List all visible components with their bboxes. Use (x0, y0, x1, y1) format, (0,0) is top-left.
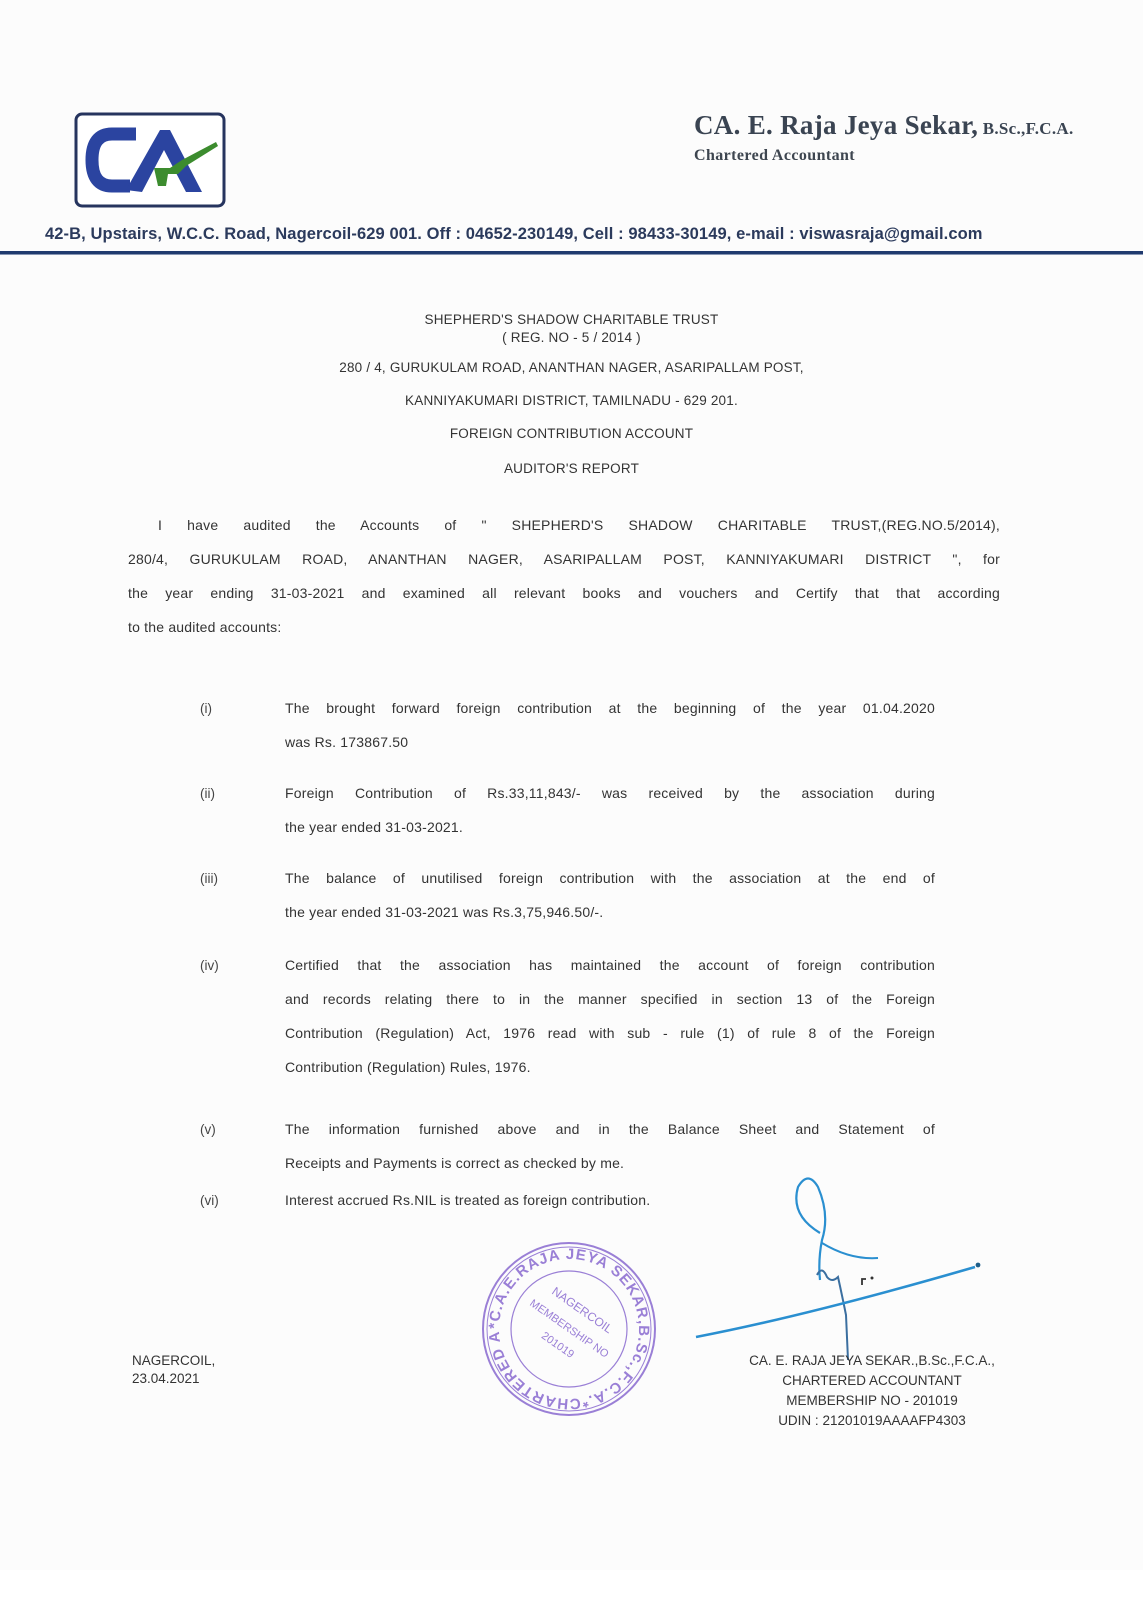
signatory-block: CA. E. RAJA JEYA SEKAR.,B.Sc.,F.C.A., CH… (732, 1351, 1012, 1431)
item-line: The balance of unutilised foreign contri… (285, 861, 935, 895)
contact-line: 42-B, Upstairs, W.C.C. Road, Nagercoil-6… (45, 225, 983, 244)
header-divider-thin (0, 254, 1143, 255)
accountant-name: CA. E. Raja Jeya Sekar, B.Sc.,F.C.A. (694, 110, 1074, 141)
intro-line: I have audited the Accounts of " SHEPHER… (128, 508, 1000, 542)
place: NAGERCOIL, (132, 1352, 215, 1370)
date: 23.04.2021 (132, 1370, 215, 1388)
item-number: (iv) (200, 958, 219, 973)
intro-line: to the audited accounts: (128, 610, 1000, 644)
accountant-title: Chartered Accountant (694, 147, 855, 165)
place-date: NAGERCOIL, 23.04.2021 (132, 1352, 215, 1388)
membership-number: MEMBERSHIP NO - 201019 (732, 1391, 1012, 1411)
item-number: (i) (200, 701, 212, 716)
item-text: Certified that the association has maint… (285, 948, 935, 1084)
ca-logo-icon (74, 112, 226, 208)
accountant-name-text: CA. E. Raja Jeya Sekar, (694, 110, 978, 140)
item-line: was Rs. 173867.50 (285, 725, 935, 759)
item-number: (iii) (200, 871, 218, 886)
item-number: (vi) (200, 1193, 219, 1208)
seal-stamp-icon: *C.A.E.RAJA JEYA SEKAR,B.Sc.,F.C.A.*CHAR… (478, 1238, 660, 1420)
item-line: Certified that the association has maint… (285, 948, 935, 982)
document-page: CA. E. Raja Jeya Sekar, B.Sc.,F.C.A. Cha… (0, 0, 1143, 1570)
accountant-qualifications: B.Sc.,F.C.A. (978, 119, 1073, 138)
report-title: AUDITOR'S REPORT (0, 461, 1143, 476)
item-line: the year ended 31-03-2021 was Rs.3,75,94… (285, 895, 935, 929)
address-line-2: KANNIYAKUMARI DISTRICT, TAMILNADU - 629 … (0, 393, 1143, 408)
udin: UDIN : 21201019AAAAFP4303 (732, 1411, 1012, 1431)
signatory-title: CHARTERED ACCOUNTANT (732, 1371, 1012, 1391)
item-line: Contribution (Regulation) Act, 1976 read… (285, 1016, 935, 1050)
signature-icon (690, 1165, 990, 1365)
item-line: the year ended 31-03-2021. (285, 810, 935, 844)
item-number: (v) (200, 1122, 216, 1137)
item-number: (ii) (200, 786, 215, 801)
item-text: The brought forward foreign contribution… (285, 691, 935, 759)
signatory-name: CA. E. RAJA JEYA SEKAR.,B.Sc.,F.C.A., (732, 1351, 1012, 1371)
intro-line: the year ending 31-03-2021 and examined … (128, 576, 1000, 610)
org-name: SHEPHERD'S SHADOW CHARITABLE TRUST (0, 312, 1143, 327)
item-text: The balance of unutilised foreign contri… (285, 861, 935, 929)
address-line-1: 280 / 4, GURUKULAM ROAD, ANANTHAN NAGER,… (0, 360, 1143, 375)
intro-line: 280/4, GURUKULAM ROAD, ANANTHAN NAGER, A… (128, 542, 1000, 576)
item-line: Foreign Contribution of Rs.33,11,843/- w… (285, 776, 935, 810)
item-line: and records relating there to in the man… (285, 982, 935, 1016)
item-line: The information furnished above and in t… (285, 1112, 935, 1146)
account-title: FOREIGN CONTRIBUTION ACCOUNT (0, 426, 1143, 441)
reg-no: ( REG. NO - 5 / 2014 ) (0, 330, 1143, 345)
item-line: The brought forward foreign contribution… (285, 691, 935, 725)
intro-paragraph: I have audited the Accounts of " SHEPHER… (128, 508, 1000, 644)
item-text: Foreign Contribution of Rs.33,11,843/- w… (285, 776, 935, 844)
item-line: Contribution (Regulation) Rules, 1976. (285, 1050, 935, 1084)
